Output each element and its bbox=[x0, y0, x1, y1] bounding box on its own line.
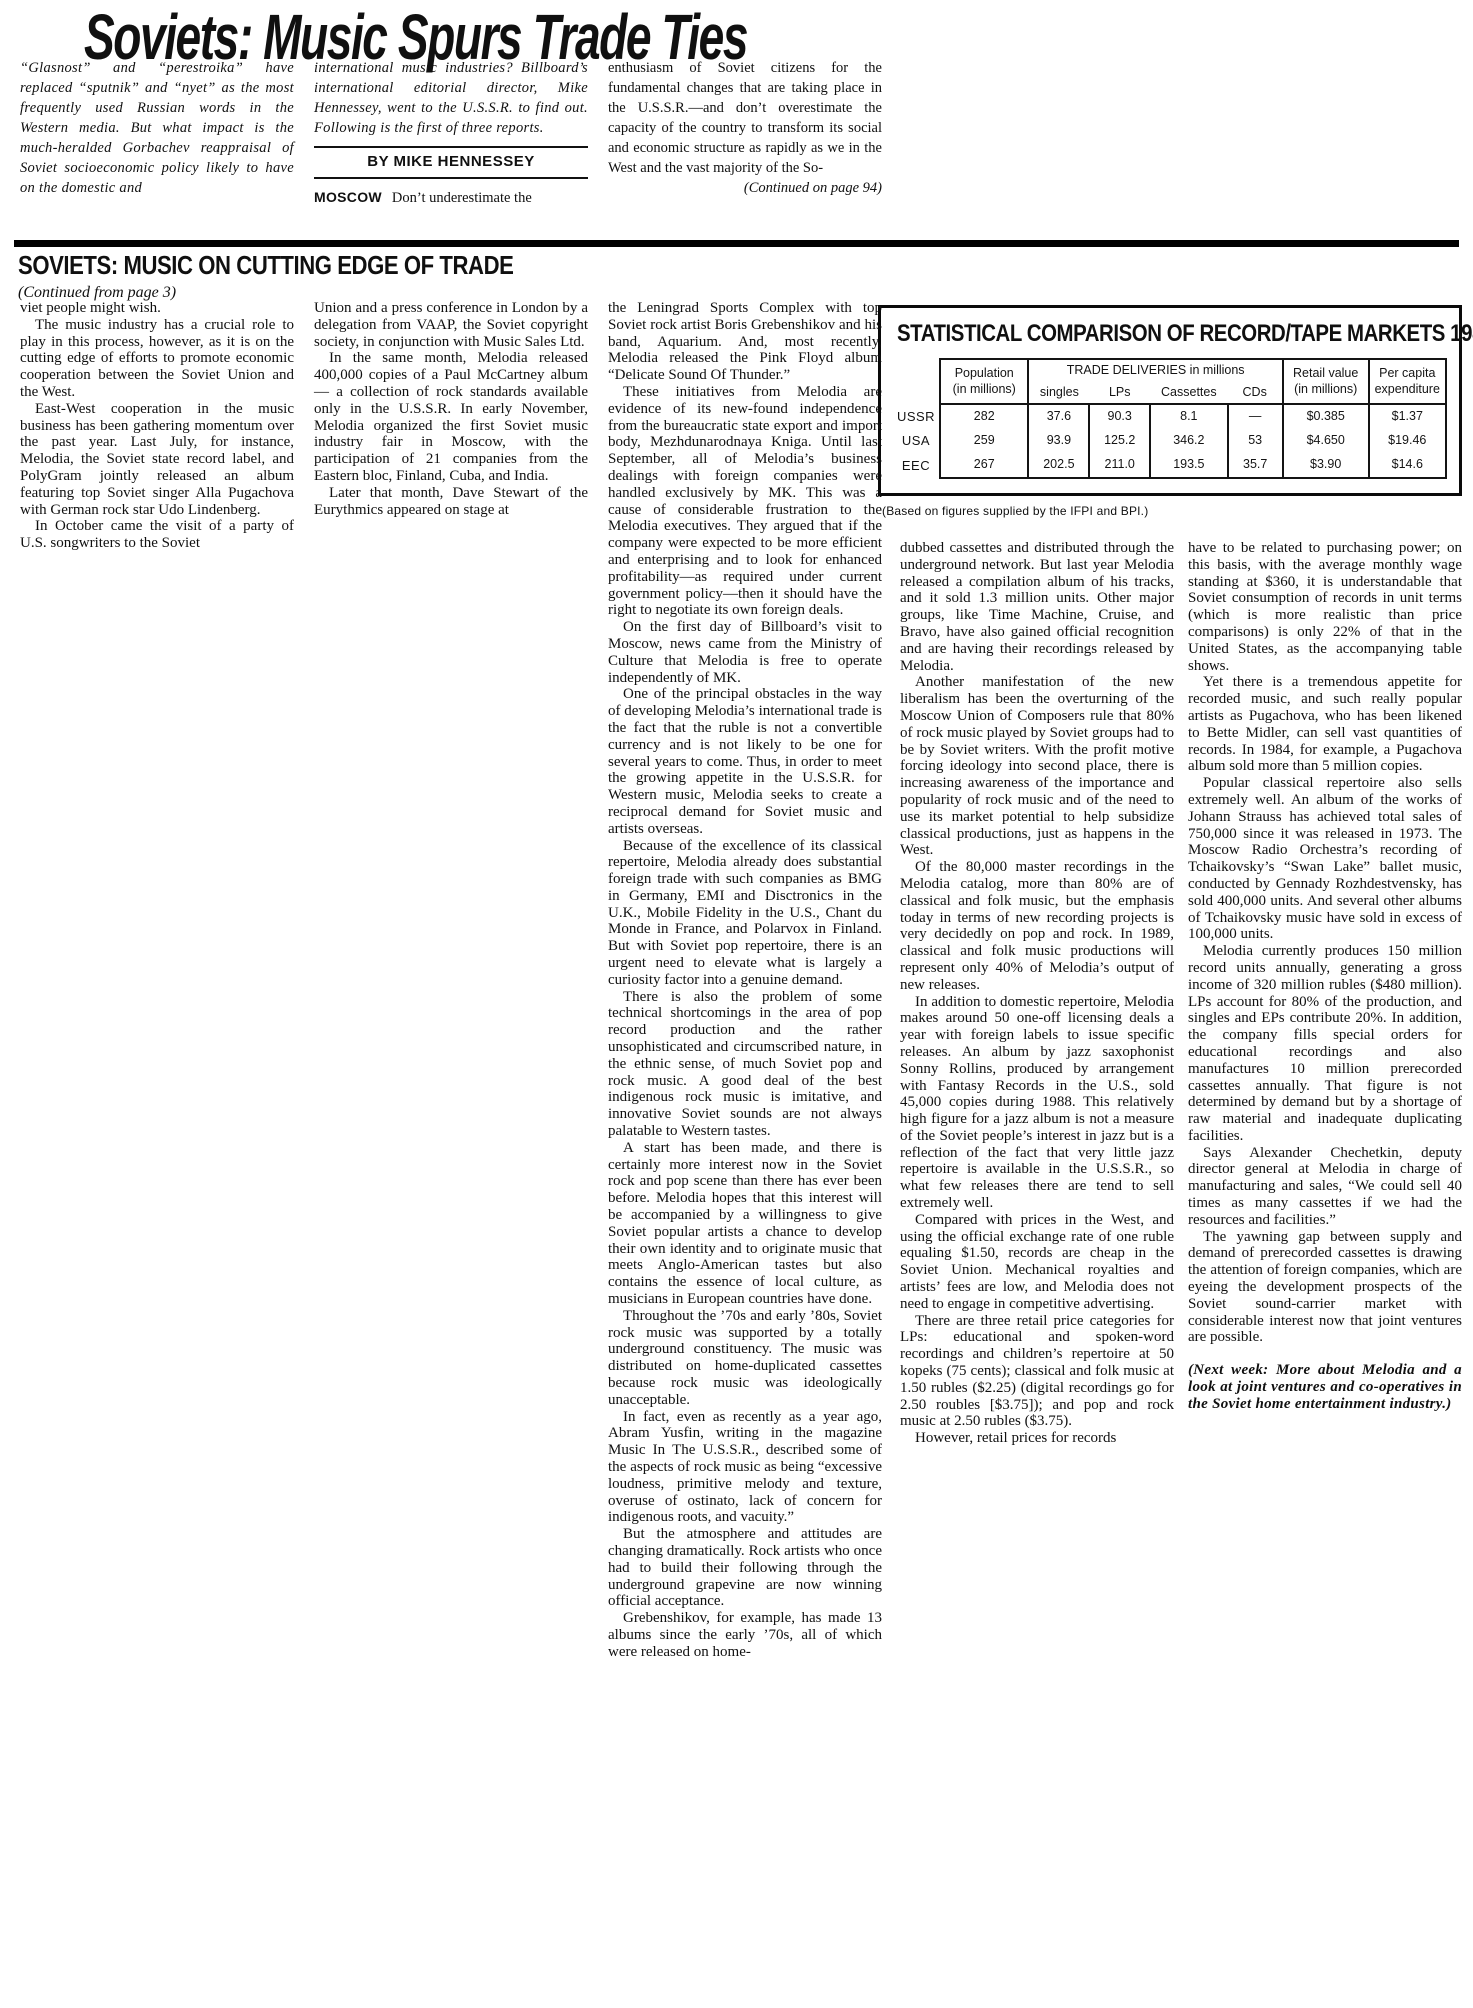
lps-header: LPs bbox=[1089, 382, 1150, 405]
table-cell: 346.2 bbox=[1150, 429, 1227, 453]
cassettes-header: Cassettes bbox=[1150, 382, 1227, 405]
paragraph: Throughout the ’70s and early ’80s, Sovi… bbox=[608, 1308, 882, 1409]
column-paragraphs: Union and a press conference in London b… bbox=[314, 300, 588, 518]
dateline-paragraph: MOSCOWDon’t underestimate the bbox=[314, 187, 588, 208]
statistics-table-section: STATISTICAL COMPARISON OF RECORD/TAPE MA… bbox=[878, 305, 1462, 518]
table-box: STATISTICAL COMPARISON OF RECORD/TAPE MA… bbox=[878, 305, 1462, 496]
table-cell: 202.5 bbox=[1028, 453, 1089, 478]
table-cell: 35.7 bbox=[1228, 453, 1283, 478]
intro-column-2: international music industries? Billboar… bbox=[314, 58, 588, 208]
table-cell: 37.6 bbox=[1028, 404, 1089, 429]
paragraph: On the first day of Billboard’s visit to… bbox=[608, 619, 882, 686]
continuation-title: SOVIETS: MUSIC ON CUTTING EDGE OF TRADE bbox=[18, 250, 513, 281]
paragraph: A start has been made, and there is cert… bbox=[608, 1140, 882, 1308]
body-column-2: Union and a press conference in London b… bbox=[314, 300, 588, 518]
body-column-5: have to be related to purchasing power; … bbox=[1188, 540, 1462, 1413]
paragraph: Because of the excellence of its classic… bbox=[608, 838, 882, 989]
column-paragraphs: the Leningrad Sports Complex with top So… bbox=[608, 300, 882, 1661]
table-cell: $19.46 bbox=[1369, 429, 1446, 453]
paragraph: In October came the visit of a party of … bbox=[20, 518, 294, 552]
table-caption: (Based on figures supplied by the IFPI a… bbox=[882, 504, 1462, 518]
paragraph: Grebenshikov, for example, has made 13 a… bbox=[608, 1610, 882, 1660]
intro-column-3: enthusiasm of Soviet citizens for the fu… bbox=[608, 58, 882, 208]
paragraph: But the atmosphere and attitudes are cha… bbox=[608, 1526, 882, 1610]
paragraph: have to be related to purchasing power; … bbox=[1188, 540, 1462, 674]
next-week-note: (Next week: More about Melodia and a loo… bbox=[1188, 1362, 1462, 1412]
row-label: USA bbox=[893, 429, 940, 453]
paragraph: Of the 80,000 master recordings in the M… bbox=[900, 859, 1174, 993]
table-cell: 125.2 bbox=[1089, 429, 1150, 453]
paragraph: There are three retail price categories … bbox=[900, 1313, 1174, 1431]
body-column-1: viet people might wish.The music industr… bbox=[20, 300, 294, 552]
table-row-usa: USA 259 93.9 125.2 346.2 53 $4.650 $19.4… bbox=[893, 429, 1446, 453]
table-cell: $1.37 bbox=[1369, 404, 1446, 429]
body-column-4: dubbed cassettes and distributed through… bbox=[900, 540, 1174, 1447]
table-cell: 93.9 bbox=[1028, 429, 1089, 453]
row-label: USSR bbox=[893, 404, 940, 429]
record-tape-markets-table: Population(in millions) TRADE DELIVERIES… bbox=[893, 358, 1447, 479]
intro-column-1: “Glasnost” and “perestroika” have replac… bbox=[20, 58, 294, 208]
byline-text: BY MIKE HENNESSEY bbox=[367, 153, 534, 170]
row-label: EEC bbox=[893, 453, 940, 478]
paragraph: These initiatives from Melodia are evide… bbox=[608, 384, 882, 619]
table-cell: $4.650 bbox=[1283, 429, 1369, 453]
paragraph: dubbed cassettes and distributed through… bbox=[900, 540, 1174, 674]
table-cell: 193.5 bbox=[1150, 453, 1227, 478]
paragraph: However, retail prices for records bbox=[900, 1430, 1174, 1447]
paragraph: Yet there is a tremendous appetite for r… bbox=[1188, 674, 1462, 775]
continuation-header: SOVIETS: MUSIC ON CUTTING EDGE OF TRADE … bbox=[18, 250, 601, 302]
intro-lead: international music industries? Billboar… bbox=[314, 58, 588, 138]
table-cell: $14.6 bbox=[1369, 453, 1446, 478]
table-cell: $3.90 bbox=[1283, 453, 1369, 478]
column-paragraphs: dubbed cassettes and distributed through… bbox=[900, 540, 1174, 1447]
singles-header: singles bbox=[1028, 382, 1089, 405]
paragraph: The music industry has a crucial role to… bbox=[20, 317, 294, 401]
table-row-eec: EEC 267 202.5 211.0 193.5 35.7 $3.90 $14… bbox=[893, 453, 1446, 478]
table-cell: 8.1 bbox=[1150, 404, 1227, 429]
paragraph: In fact, even as recently as a year ago,… bbox=[608, 1409, 882, 1527]
continued-on-note: (Continued on page 94) bbox=[608, 178, 882, 198]
newspaper-page: Soviets: Music Spurs Trade Ties “Glasnos… bbox=[0, 0, 1473, 2008]
paragraph: Compared with prices in the West, and us… bbox=[900, 1212, 1174, 1313]
body-column-3: the Leningrad Sports Complex with top So… bbox=[608, 300, 882, 1661]
paragraph: Later that month, Dave Stewart of the Eu… bbox=[314, 485, 588, 519]
byline: BY MIKE HENNESSEY bbox=[314, 146, 588, 179]
column-paragraphs: viet people might wish.The music industr… bbox=[20, 300, 294, 552]
paragraph: East-West cooperation in the music busin… bbox=[20, 401, 294, 519]
table-cell: 211.0 bbox=[1089, 453, 1150, 478]
table-title: STATISTICAL COMPARISON OF RECORD/TAPE MA… bbox=[897, 320, 1365, 348]
table-cell: — bbox=[1228, 404, 1283, 429]
table-cell: $0.385 bbox=[1283, 404, 1369, 429]
cds-header: CDs bbox=[1228, 382, 1283, 405]
per-capita-header: Per capitaexpenditure bbox=[1369, 359, 1446, 404]
retail-value-header: Retail value(in millions) bbox=[1283, 359, 1369, 404]
dateline-text: Don’t underestimate the bbox=[392, 190, 532, 206]
intro-col3-text: enthusiasm of Soviet citizens for the fu… bbox=[608, 60, 882, 176]
paragraph: Says Alexander Chechetkin, deputy direct… bbox=[1188, 1145, 1462, 1229]
table-cell: 259 bbox=[940, 429, 1028, 453]
column-paragraphs: have to be related to purchasing power; … bbox=[1188, 540, 1462, 1346]
table-cell: 267 bbox=[940, 453, 1028, 478]
paragraph: the Leningrad Sports Complex with top So… bbox=[608, 300, 882, 384]
trade-deliveries-header: TRADE DELIVERIES in millions bbox=[1028, 359, 1282, 382]
population-header: Population(in millions) bbox=[940, 359, 1028, 404]
paragraph: Union and a press conference in London b… bbox=[314, 300, 588, 350]
paragraph: Another manifestation of the new liberal… bbox=[900, 674, 1174, 859]
paragraph: Popular classical repertoire also sells … bbox=[1188, 775, 1462, 943]
table-cell: 282 bbox=[940, 404, 1028, 429]
dateline: MOSCOW bbox=[314, 189, 382, 205]
table-corner-cell bbox=[893, 359, 940, 404]
paragraph: There is also the problem of some techni… bbox=[608, 989, 882, 1140]
paragraph: In the same month, Melodia released 400,… bbox=[314, 350, 588, 484]
table-row-ussr: USSR 282 37.6 90.3 8.1 — $0.385 $1.37 bbox=[893, 404, 1446, 429]
table-cell: 90.3 bbox=[1089, 404, 1150, 429]
paragraph: viet people might wish. bbox=[20, 300, 294, 317]
paragraph: In addition to domestic repertoire, Melo… bbox=[900, 994, 1174, 1212]
paragraph: The yawning gap between supply and deman… bbox=[1188, 1229, 1462, 1347]
paragraph: One of the principal obstacles in the wa… bbox=[608, 686, 882, 837]
table-header-row: Population(in millions) TRADE DELIVERIES… bbox=[893, 359, 1446, 382]
intro-section: “Glasnost” and “perestroika” have replac… bbox=[20, 58, 882, 208]
table-cell: 53 bbox=[1228, 429, 1283, 453]
section-divider-rule bbox=[14, 240, 1459, 247]
paragraph: Melodia currently produces 150 million r… bbox=[1188, 943, 1462, 1145]
